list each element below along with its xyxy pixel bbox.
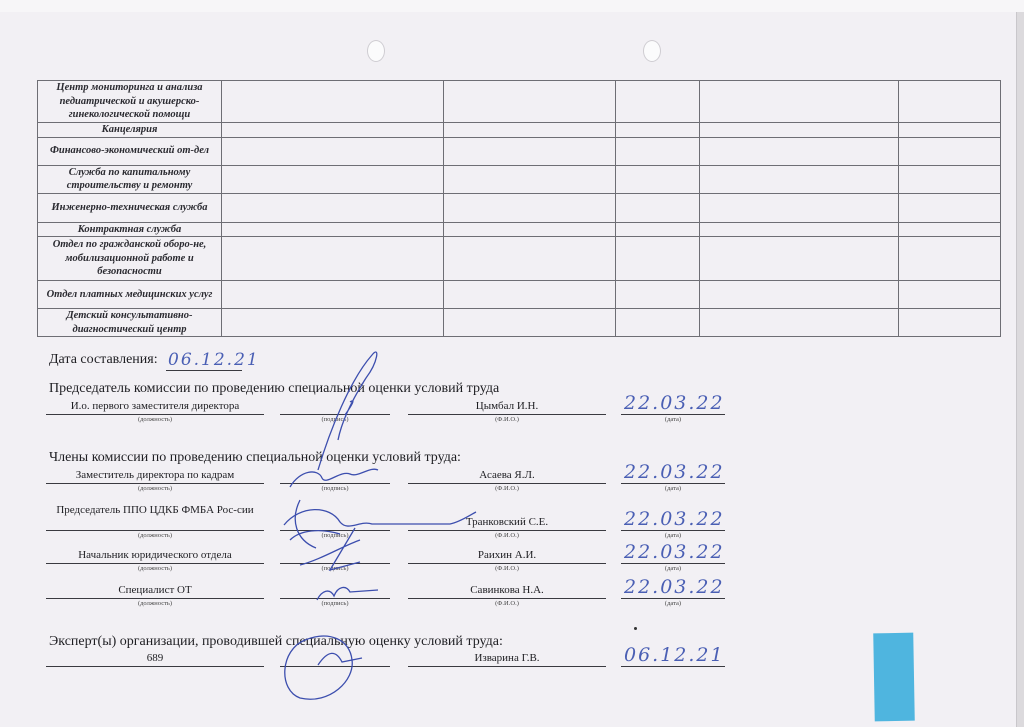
member3-signature	[300, 528, 360, 570]
expert-signature	[285, 636, 362, 699]
scan-speck	[634, 627, 637, 630]
chairman-signature	[318, 352, 377, 470]
blue-tab-marker	[873, 633, 915, 722]
member1-signature	[290, 469, 378, 548]
handwritten-signatures	[0, 0, 1024, 727]
member2-signature	[284, 510, 476, 540]
member4-signature	[317, 587, 378, 600]
